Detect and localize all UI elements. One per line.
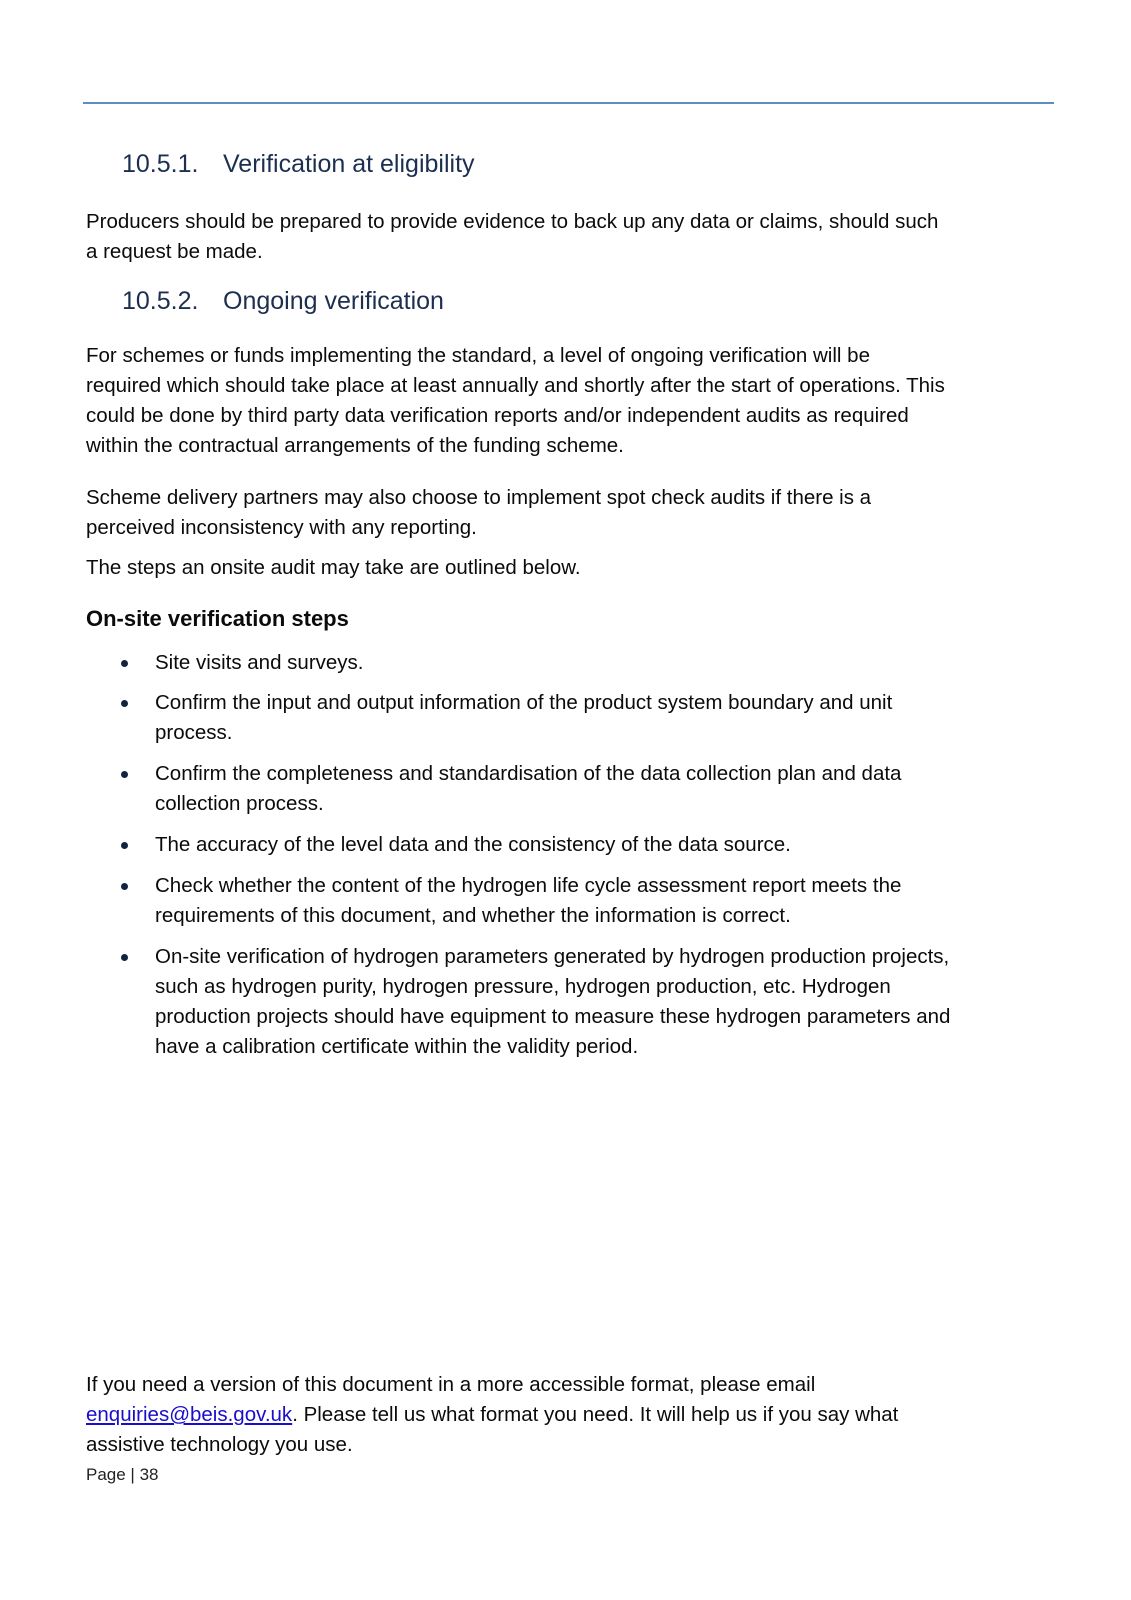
text-line: collection process. [155, 789, 901, 819]
section-heading-verification-at-eligibility: 10.5.1.Verification at eligibility [122, 150, 475, 179]
section-title: Ongoing verification [223, 287, 444, 315]
text-line: Producers should be prepared to provide … [86, 207, 938, 237]
text-line: The accuracy of the level data and the c… [155, 830, 791, 860]
text-line: assistive technology you use. [86, 1430, 898, 1460]
bullet-icon [121, 771, 128, 778]
text-line: have a calibration certificate within th… [155, 1032, 950, 1062]
list-item: Site visits and surveys. [155, 648, 364, 678]
text-line: For schemes or funds implementing the st… [86, 341, 945, 371]
text-line: Confirm the completeness and standardisa… [155, 759, 901, 789]
text-line: could be done by third party data verifi… [86, 401, 945, 431]
text-line: process. [155, 718, 892, 748]
text-line: Scheme delivery partners may also choose… [86, 483, 871, 513]
list-item: Confirm the input and output information… [155, 688, 892, 748]
text-line: enquiries@beis.gov.uk. Please tell us wh… [86, 1400, 898, 1430]
ongoing-paragraph-2: Scheme delivery partners may also choose… [86, 483, 871, 543]
header-rule [83, 102, 1054, 104]
text-line: If you need a version of this document i… [86, 1370, 898, 1400]
text-line: production projects should have equipmen… [155, 1002, 950, 1032]
ongoing-paragraph-3: The steps an onsite audit may take are o… [86, 553, 581, 583]
text-line: within the contractual arrangements of t… [86, 431, 945, 461]
section-heading-ongoing-verification: 10.5.2.Ongoing verification [122, 287, 444, 316]
section-number: 10.5.1. [122, 150, 223, 179]
text-line: such as hydrogen purity, hydrogen pressu… [155, 972, 950, 1002]
text-line: Check whether the content of the hydroge… [155, 871, 901, 901]
text-line: Site visits and surveys. [155, 648, 364, 678]
bullet-icon [121, 842, 128, 849]
bullet-icon [121, 883, 128, 890]
text-line: Confirm the input and output information… [155, 688, 892, 718]
list-item: On-site verification of hydrogen paramet… [155, 942, 950, 1062]
accessibility-notice: If you need a version of this document i… [86, 1370, 898, 1460]
section-number: 10.5.2. [122, 287, 223, 316]
text-line: perceived inconsistency with any reporti… [86, 513, 871, 543]
list-item: Check whether the content of the hydroge… [155, 871, 901, 931]
bullet-icon [121, 700, 128, 707]
text-line: requirements of this document, and wheth… [155, 901, 901, 931]
text-line: The steps an onsite audit may take are o… [86, 553, 581, 583]
bullet-icon [121, 954, 128, 961]
bullet-icon [121, 660, 128, 667]
email-link[interactable]: enquiries@beis.gov.uk [86, 1403, 292, 1426]
list-item: The accuracy of the level data and the c… [155, 830, 791, 860]
text-line: required which should take place at leas… [86, 371, 945, 401]
text-fragment: . Please tell us what format you need. I… [292, 1403, 898, 1426]
steps-heading: On-site verification steps [86, 606, 349, 632]
section-title: Verification at eligibility [223, 150, 475, 178]
eligibility-paragraph: Producers should be prepared to provide … [86, 207, 938, 267]
page-number: Page | 38 [86, 1465, 158, 1485]
ongoing-paragraph-1: For schemes or funds implementing the st… [86, 341, 945, 461]
list-item: Confirm the completeness and standardisa… [155, 759, 901, 819]
text-line: a request be made. [86, 237, 938, 267]
text-line: On-site verification of hydrogen paramet… [155, 942, 950, 972]
